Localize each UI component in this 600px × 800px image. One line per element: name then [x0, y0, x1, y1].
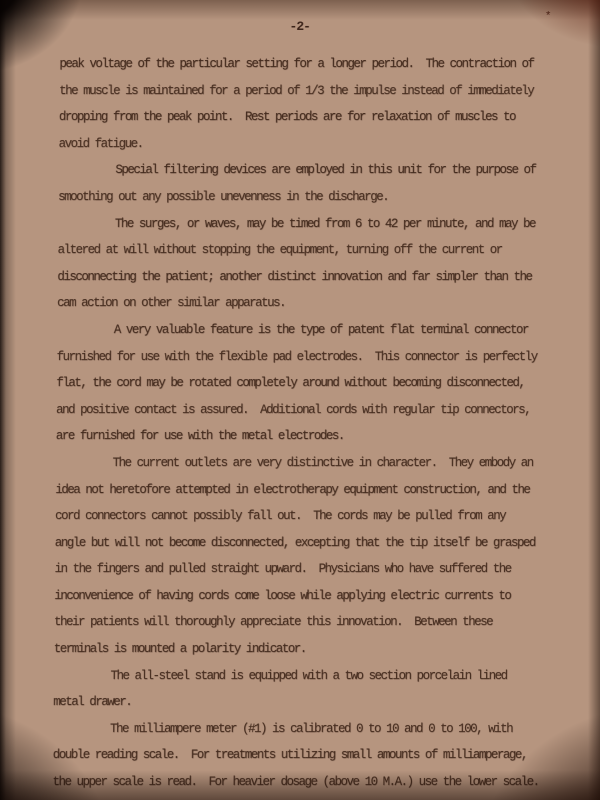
- text-line: angle but will not become disconnected, …: [55, 530, 555, 557]
- text-line: the upper scale is read. For heavier dos…: [52, 769, 552, 796]
- text-line: altered at will without stopping the equ…: [57, 237, 557, 264]
- text-line: cord connectors cannot possibly fall out…: [55, 503, 555, 530]
- text-line: terminals is mounted a polarity indicato…: [54, 636, 554, 663]
- text-line: their patients will thoroughly appreciat…: [54, 609, 554, 636]
- text-line: The current outlets are very distinctive…: [55, 450, 555, 477]
- text-line: idea not heretofore attempted in electro…: [55, 477, 555, 504]
- text-line: the muscle is maintained for a period of…: [59, 78, 559, 105]
- text-line: The surges, or waves, may be timed from …: [58, 211, 558, 238]
- text-line: dropping from the peak point. Rest perio…: [59, 104, 559, 131]
- page-number: -2-: [0, 19, 600, 34]
- text-line: avoid fatigue.: [58, 131, 558, 158]
- text-line: and positive contact is assured. Additio…: [56, 397, 556, 424]
- text-line: disconnecting the patient; another disti…: [57, 264, 557, 291]
- corner-mark: *: [545, 11, 552, 23]
- text-line: in the fingers and pulled straight upwar…: [54, 556, 554, 583]
- text-line: smoothing out any possible unevenness in…: [58, 184, 558, 211]
- text-line: A very valuable feature is the type of p…: [57, 317, 557, 344]
- page-content: -2- * peak voltage of the particular set…: [0, 0, 600, 800]
- text-line: cam action on other similar apparatus.: [57, 290, 557, 317]
- scanned-page-photo: -2- * peak voltage of the particular set…: [0, 0, 600, 800]
- text-line: Special filtering devices are employed i…: [58, 157, 558, 184]
- text-line: are furnished for use with the metal ele…: [56, 423, 556, 450]
- text-line: The milliampere meter (#1) is calibrated…: [53, 716, 553, 743]
- text-line: flat, the cord may be rotated completely…: [56, 370, 556, 397]
- text-line: furnished for use with the flexible pad …: [56, 344, 556, 371]
- text-line: The all-steel stand is equipped with a t…: [53, 663, 553, 690]
- typewritten-text: peak voltage of the particular setting f…: [52, 51, 559, 796]
- text-line: metal drawer.: [53, 689, 553, 716]
- text-line: peak voltage of the particular setting f…: [59, 51, 559, 78]
- text-line: double reading scale. For treatments uti…: [53, 742, 553, 769]
- text-line: inconvenience of having cords come loose…: [54, 583, 554, 610]
